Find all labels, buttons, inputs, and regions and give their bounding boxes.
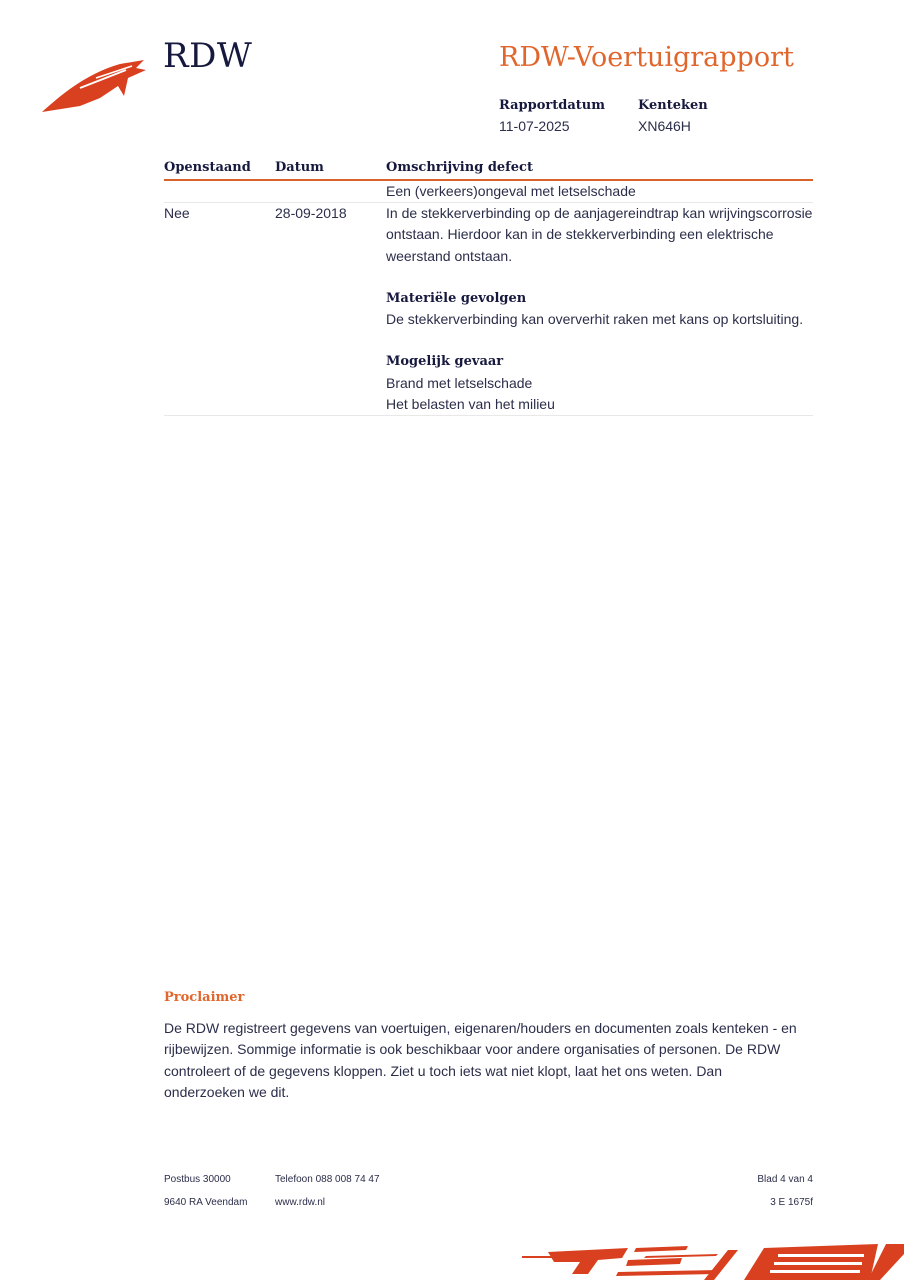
danger-item: Het belasten van het milieu [386, 394, 813, 415]
footer-website-link[interactable]: www.rdw.nl [275, 1197, 325, 1208]
column-header-openstaand: Openstaand [164, 160, 251, 175]
report-title: RDW-Voertuigrapport [499, 42, 794, 73]
danger-item: Brand met letselschade [386, 373, 813, 394]
datum-value: 28-09-2018 [275, 203, 347, 224]
footer-postbus: Postbus 30000 [164, 1174, 231, 1185]
defect-description: In de stekkerverbinding op de aanjagerei… [386, 203, 813, 415]
column-header-omschrijving: Omschrijving defect [386, 160, 533, 175]
report-date-label: Rapportdatum [499, 98, 605, 113]
material-consequences-label: Materiële gevolgen [386, 288, 813, 309]
rdw-feather-logo-icon [40, 56, 150, 116]
carry-over-text: Een (verkeers)ongeval met letselschade [386, 181, 636, 202]
table-row-carry-over: Een (verkeers)ongeval met letselschade [164, 181, 813, 203]
proclaimer-text: De RDW registreert gegevens van voertuig… [164, 1018, 804, 1104]
possible-danger-label: Mogelijk gevaar [386, 351, 813, 372]
license-plate-value: XN646H [638, 118, 691, 134]
footer-document-code: 3 E 1675f [770, 1197, 813, 1208]
report-date-value: 11-07-2025 [499, 118, 570, 134]
decorative-stripes-icon [518, 1240, 904, 1280]
table-header: Openstaand Datum Omschrijving defect [164, 159, 813, 181]
defect-table: Openstaand Datum Omschrijving defect Een… [164, 159, 813, 416]
footer-city: 9640 RA Veendam [164, 1197, 247, 1208]
table-row: Nee 28-09-2018 In de stekkerverbinding o… [164, 203, 813, 416]
column-header-datum: Datum [275, 160, 324, 175]
footer-phone: Telefoon 088 008 74 47 [275, 1174, 380, 1185]
openstaand-value: Nee [164, 203, 190, 224]
proclaimer-title: Proclaimer [164, 990, 244, 1005]
rdw-logo-text: RDW [163, 36, 252, 76]
material-consequences-text: De stekkerverbinding kan oververhit rake… [386, 309, 813, 330]
footer-page-number: Blad 4 van 4 [757, 1174, 813, 1185]
license-plate-label: Kenteken [638, 98, 708, 113]
description-text: In de stekkerverbinding op de aanjagerei… [386, 203, 813, 267]
